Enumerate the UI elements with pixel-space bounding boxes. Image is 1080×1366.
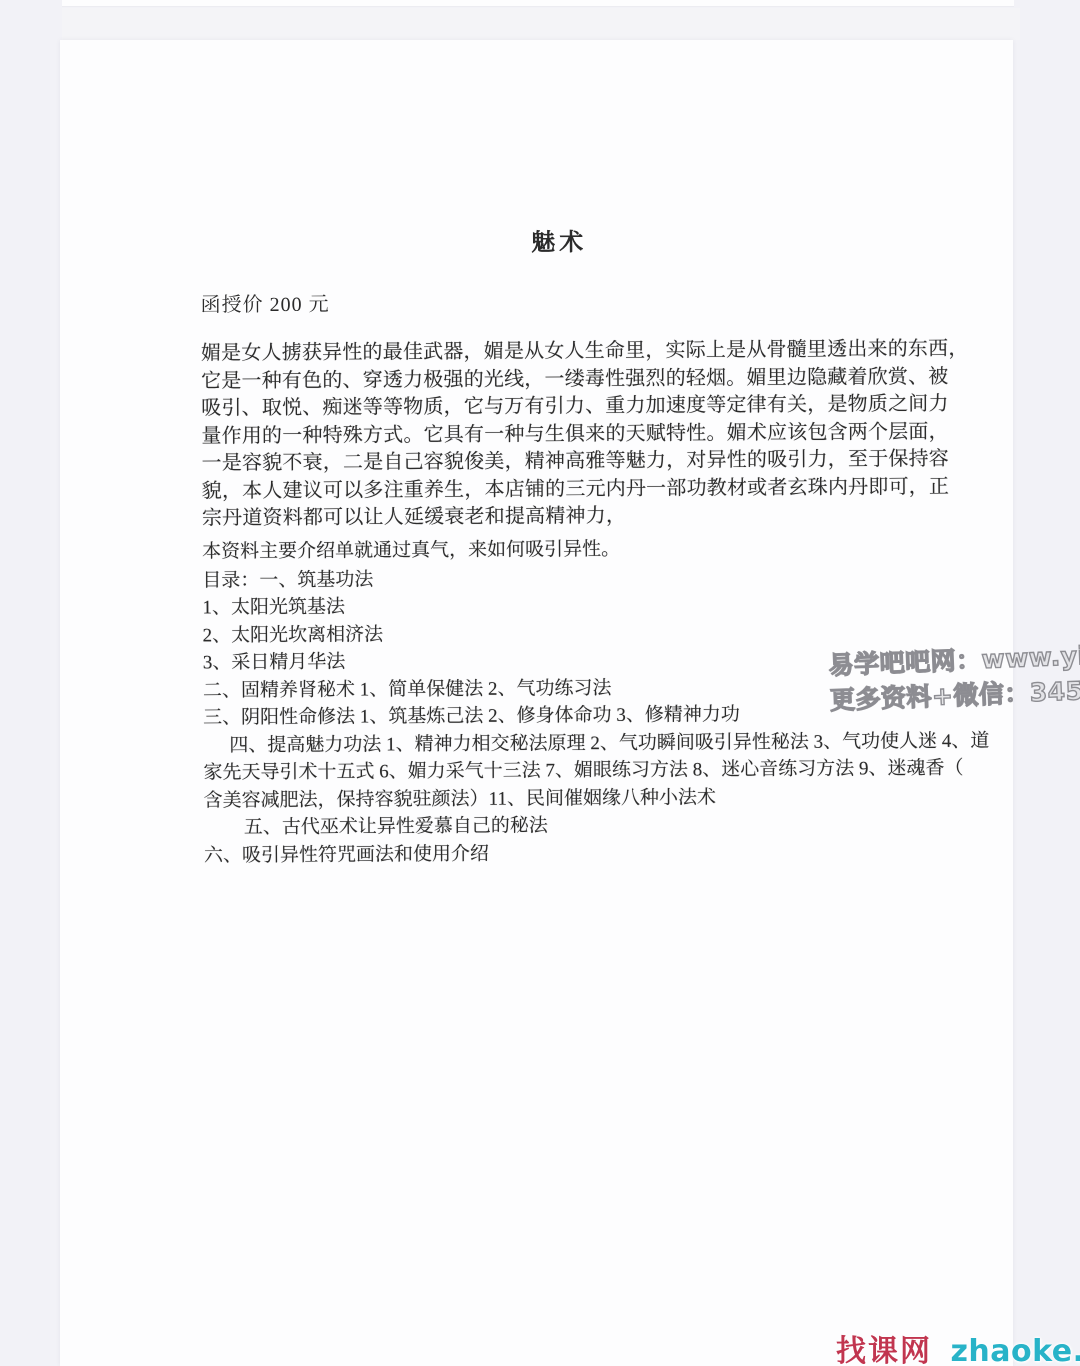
toc-line: 六、吸引异性符咒画法和使用介绍 — [204, 837, 1013, 870]
toc-line: 家先天导引术十五式 6、媚力采气十三法 7、媚眼练习方法 8、迷心音练习方法 9… — [203, 754, 1013, 787]
paragraph-line: 吸引、取悦、痴迷等等物质，它与万有引力、重力加速度等定律有关，是物质之间力 — [201, 391, 961, 423]
paragraph-line: 貌，本人建议可以多注重养生，本店铺的三元内丹一部功教材或者玄珠内丹即可，正 — [202, 473, 962, 505]
scan-content: 魅术 函授价 200 元 媚是女人掳获异性的最佳武器，媚是从女人生命里，实际上是… — [199, 40, 999, 42]
toc-intro-line: 本资料主要介绍单就通过真气，来如何吸引异性。 — [202, 533, 1013, 566]
document-title: 魅术 — [200, 220, 918, 259]
price-line: 函授价 200 元 — [201, 288, 330, 318]
paragraph-line: 一是容貌不衰，二是自己容貌俊美，精神高雅等魅力，对异性的吸引力，至于保持容 — [201, 446, 961, 478]
page-gap — [62, 8, 1020, 40]
previous-page-edge — [62, 0, 1014, 7]
paragraph-line: 宗丹道资料都可以让人延缓衰老和提高精神力， — [202, 501, 962, 533]
paragraph-line: 媚是女人掳获异性的最佳武器，媚是从女人生命里，实际上是从骨髓里透出来的东西， — [201, 336, 961, 368]
table-of-contents: 本资料主要介绍单就通过真气，来如何吸引异性。 目录：一、筑基功法 1、太阳光筑基… — [202, 533, 1013, 869]
scanned-document-page: 魅术 函授价 200 元 媚是女人掳获异性的最佳武器，媚是从女人生命里，实际上是… — [60, 40, 1013, 1366]
intro-paragraph: 媚是女人掳获异性的最佳武器，媚是从女人生命里，实际上是从骨髓里透出来的东西， 它… — [201, 336, 962, 533]
